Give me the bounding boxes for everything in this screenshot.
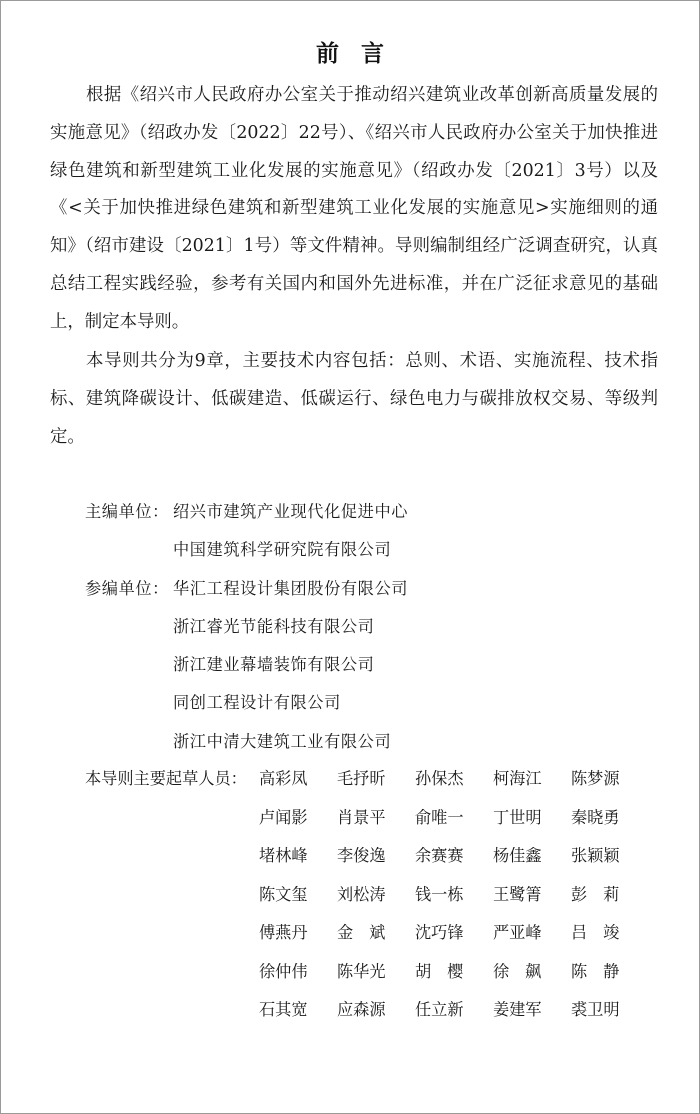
unit-name: 浙江睿光节能科技有限公司 — [173, 608, 374, 646]
unit-name: 同创工程设计有限公司 — [173, 684, 341, 722]
drafters-row: 高彩凤毛抒昕孙保杰柯海江陈梦源 — [259, 760, 649, 799]
unit-name: 华汇工程设计集团股份有限公司 — [173, 570, 408, 608]
unit-row: 主编单位： 绍兴市建筑产业现代化促进中心 — [85, 493, 408, 531]
drafters-row: 石其宽应森源任立新姜建军裘卫明 — [259, 991, 649, 1030]
unit-label — [85, 608, 173, 646]
drafter-name: 金斌 — [337, 914, 415, 953]
drafter-name: 堵林峰 — [259, 837, 337, 876]
drafter-name: 张颖颖 — [571, 837, 649, 876]
drafter-name: 姜建军 — [493, 991, 571, 1030]
unit-row: 浙江睿光节能科技有限公司 — [85, 608, 408, 646]
drafter-name: 吕竣 — [571, 914, 649, 953]
drafter-name: 丁世明 — [493, 799, 571, 838]
editing-units: 主编单位： 绍兴市建筑产业现代化促进中心 中国建筑科学研究院有限公司 参编单位：… — [85, 493, 408, 761]
page-title: 前言 — [1, 35, 699, 68]
drafter-name: 卢闻影 — [259, 799, 337, 838]
unit-name: 绍兴市建筑产业现代化促进中心 — [173, 493, 408, 531]
unit-label — [85, 684, 173, 722]
drafter-name: 任立新 — [415, 991, 493, 1030]
unit-label: 主编单位： — [85, 493, 173, 531]
unit-name: 浙江中清大建筑工业有限公司 — [173, 723, 391, 761]
drafter-name: 王鹭箐 — [493, 876, 571, 915]
unit-label — [85, 646, 173, 684]
drafter-name: 李俊逸 — [337, 837, 415, 876]
paragraph-contents: 本导则共分为9章，主要技术内容包括：总则、术语、实施流程、技术指标、建筑降碳设计… — [50, 343, 658, 456]
drafters-row: 堵林峰李俊逸余赛赛杨佳鑫张颖颖 — [259, 837, 649, 876]
drafter-name: 肖景平 — [337, 799, 415, 838]
document-page: 前言 根据《绍兴市人民政府办公室关于推动绍兴建筑业改革创新高质量发展的实施意见》… — [0, 0, 700, 1114]
unit-row: 中国建筑科学研究院有限公司 — [85, 531, 408, 569]
drafter-name: 孙保杰 — [415, 760, 493, 799]
drafter-name: 杨佳鑫 — [493, 837, 571, 876]
drafter-name: 柯海江 — [493, 760, 571, 799]
drafter-name: 陈静 — [571, 953, 649, 992]
drafter-name: 高彩凤 — [259, 760, 337, 799]
unit-label — [85, 723, 173, 761]
unit-name: 浙江建业幕墙装饰有限公司 — [173, 646, 374, 684]
unit-name: 中国建筑科学研究院有限公司 — [173, 531, 391, 569]
drafter-name: 傅燕丹 — [259, 914, 337, 953]
drafter-name: 应森源 — [337, 991, 415, 1030]
drafter-name: 彭莉 — [571, 876, 649, 915]
drafter-name: 余赛赛 — [415, 837, 493, 876]
drafter-name: 徐飙 — [493, 953, 571, 992]
drafter-name: 俞唯一 — [415, 799, 493, 838]
unit-row: 同创工程设计有限公司 — [85, 684, 408, 722]
drafters-row: 徐仲伟陈华光胡樱徐飙陈静 — [259, 953, 649, 992]
drafter-name: 石其宽 — [259, 991, 337, 1030]
drafter-name: 刘松涛 — [337, 876, 415, 915]
drafters-row: 陈文玺刘松涛钱一栋王鹭箐彭莉 — [259, 876, 649, 915]
paragraph-basis: 根据《绍兴市人民政府办公室关于推动绍兴建筑业改革创新高质量发展的实施意见》（绍政… — [50, 77, 658, 342]
drafter-name: 陈华光 — [337, 953, 415, 992]
drafter-name: 裘卫明 — [571, 991, 649, 1030]
drafter-name: 胡樱 — [415, 953, 493, 992]
drafters-row: 傅燕丹金斌沈巧锋严亚峰吕竣 — [259, 914, 649, 953]
unit-label — [85, 531, 173, 569]
drafter-name: 钱一栋 — [415, 876, 493, 915]
drafter-name: 陈梦源 — [571, 760, 649, 799]
drafter-name: 秦晓勇 — [571, 799, 649, 838]
unit-row: 浙江建业幕墙装饰有限公司 — [85, 646, 408, 684]
drafter-name: 徐仲伟 — [259, 953, 337, 992]
unit-row: 参编单位： 华汇工程设计集团股份有限公司 — [85, 570, 408, 608]
drafter-name: 陈文玺 — [259, 876, 337, 915]
unit-row: 浙江中清大建筑工业有限公司 — [85, 723, 408, 761]
drafter-name: 毛抒昕 — [337, 760, 415, 799]
drafter-name: 沈巧锋 — [415, 914, 493, 953]
unit-label: 参编单位： — [85, 570, 173, 608]
drafters-label: 本导则主要起草人员： — [85, 760, 247, 798]
drafter-name: 严亚峰 — [493, 914, 571, 953]
drafters-row: 卢闻影肖景平俞唯一丁世明秦晓勇 — [259, 799, 649, 838]
drafters-grid: 高彩凤毛抒昕孙保杰柯海江陈梦源卢闻影肖景平俞唯一丁世明秦晓勇堵林峰李俊逸余赛赛杨… — [259, 760, 649, 1030]
